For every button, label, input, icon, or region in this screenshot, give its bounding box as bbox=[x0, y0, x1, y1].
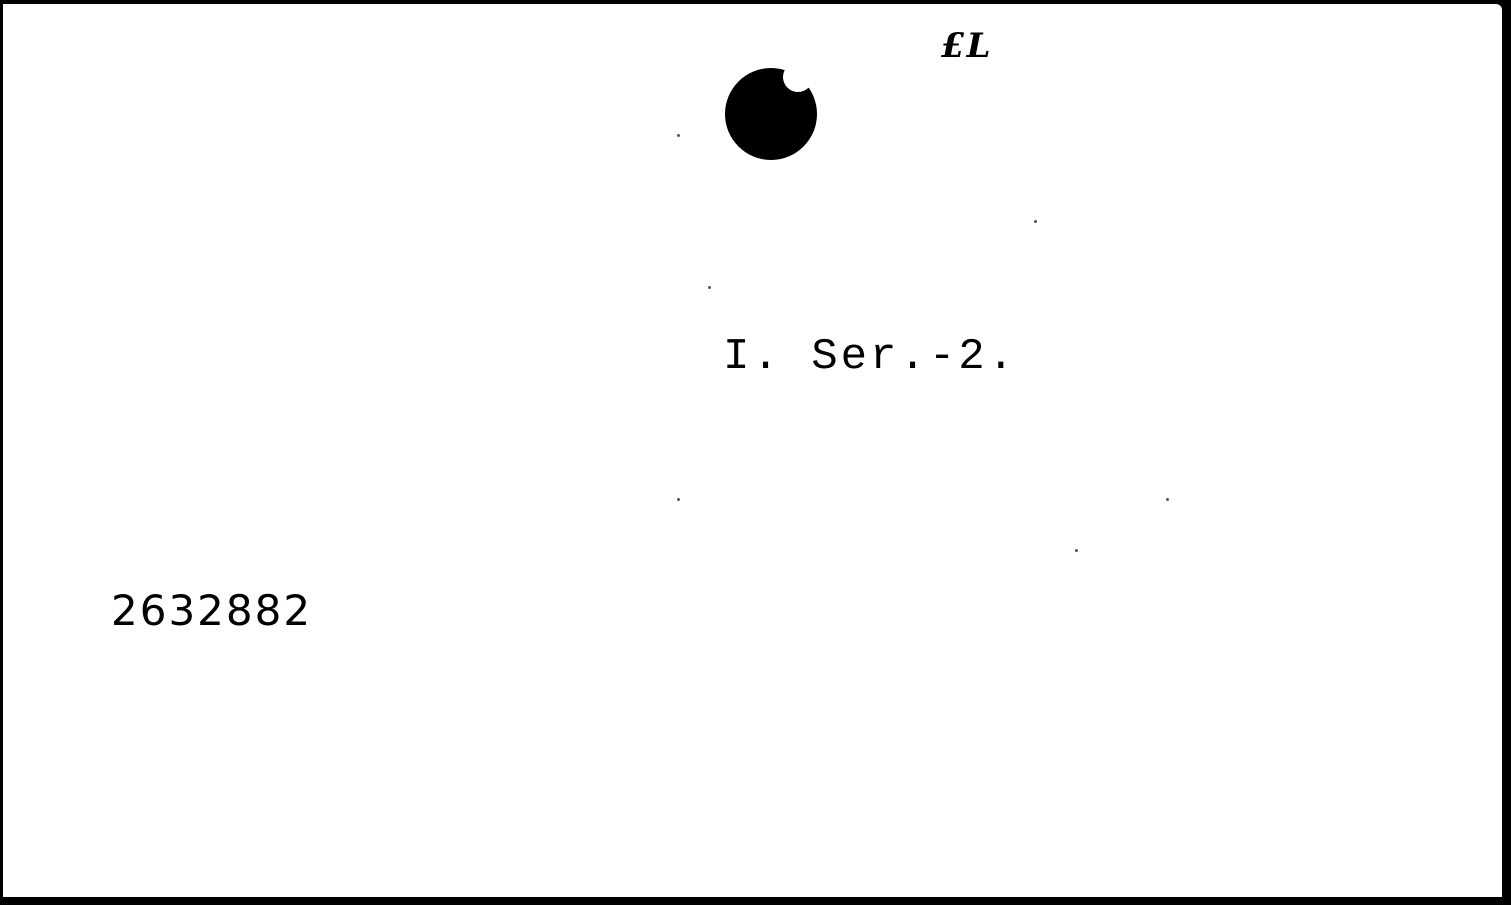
speck bbox=[1034, 220, 1037, 223]
index-card: £L I. Ser.-2. 2632882 bbox=[3, 4, 1502, 897]
speck bbox=[1166, 498, 1169, 501]
card-number: 2632882 bbox=[111, 586, 312, 635]
speck bbox=[677, 134, 680, 137]
speck bbox=[1075, 549, 1078, 552]
punch-hole-notch bbox=[783, 62, 813, 92]
handwritten-mark: £L bbox=[941, 26, 993, 66]
speck bbox=[708, 286, 711, 289]
speck bbox=[677, 498, 680, 501]
classification-label: I. Ser.-2. bbox=[723, 332, 1017, 382]
